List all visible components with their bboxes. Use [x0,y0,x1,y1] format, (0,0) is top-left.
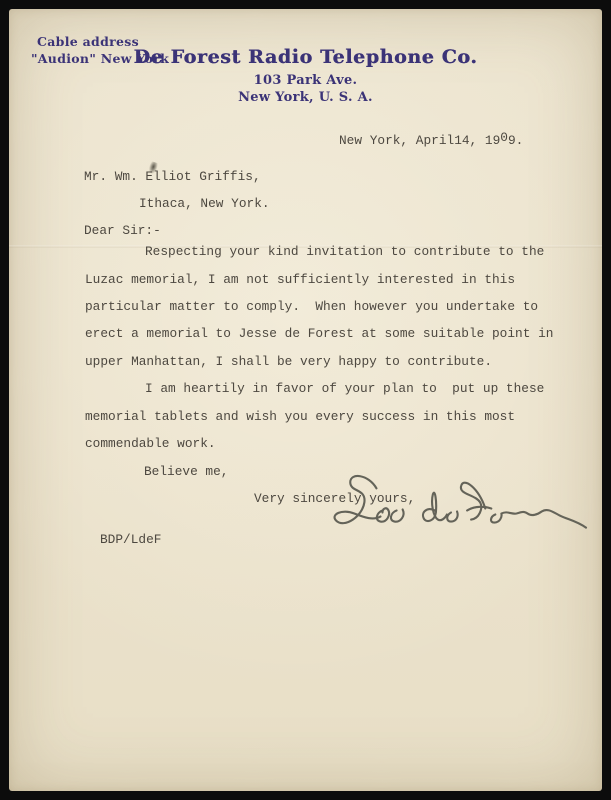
company-city: New York, U. S. A. [9,90,602,105]
handwritten-signature: Lee de Forest [316,468,588,554]
body-line: commendable work. [85,436,216,451]
closing-believe-me: Believe me, [144,464,228,479]
date-raised-zero: 0 [500,130,508,145]
salutation: Dear Sir:- [84,223,161,238]
date-part-2: 9. [508,133,523,148]
body-line: memorial tablets and wish you every succ… [85,409,515,424]
body-line: particular matter to comply. When howeve… [85,299,538,314]
typist-initials: BDP/LdeF [100,532,161,547]
body-line: Respecting your kind invitation to contr… [145,244,544,259]
body-line: upper Manhattan, I shall be very happy t… [85,354,492,369]
date-part-1: New York, April14, 19 [339,133,500,148]
date-line: New York, April14, 1909. [339,133,523,148]
company-name: De Forest Radio Telephone Co. [9,46,602,68]
recipient-name: Mr. Wm. Elliot Griffis, [84,169,261,184]
body-line: Luzac memorial, I am not sufficiently in… [85,272,515,287]
letter-paper [9,9,602,791]
letter-scan: Cable address "Audion" New York De Fores… [0,0,611,800]
body-line: erect a memorial to Jesse de Forest at s… [85,326,553,341]
recipient-city: Ithaca, New York. [139,196,270,211]
company-street: 103 Park Ave. [9,73,602,88]
body-line: I am heartily in favor of your plan to p… [145,381,544,396]
signature-strokes [316,468,588,554]
